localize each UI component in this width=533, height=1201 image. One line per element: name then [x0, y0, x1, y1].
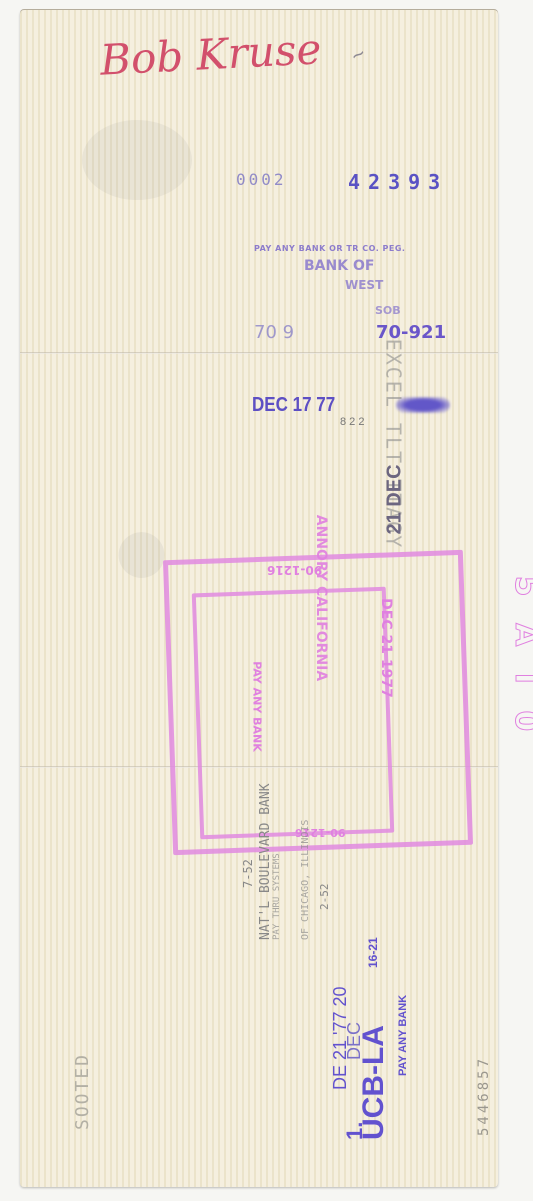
fold-line [20, 352, 498, 354]
routing-faint: 70 9 [254, 322, 294, 343]
faint-left-text: SOOTED [72, 1053, 93, 1130]
dec-mark: 21 DEC [384, 464, 407, 534]
ucb-stamp-num: 16-21 [366, 937, 380, 968]
ucb-stamp-sub: PAY ANY BANK [397, 995, 409, 1076]
bank-stamp-line3: WEST [345, 278, 383, 292]
bank-stamp-line4: SOB [375, 304, 401, 317]
ucb-stamp-mark: 1. [342, 1122, 368, 1140]
bank-endorsement-line2: NAT'L BOULEVARD BANK [258, 783, 273, 940]
bank-endorsement-line3: PAY THRU SYSTEMS [272, 853, 282, 940]
sequence-prefix: 0002 [236, 170, 287, 189]
bank-endorsement-line5: 2-52 [318, 884, 331, 911]
pink-stamp-inner-frame [192, 587, 394, 840]
pink-stamp-bank-name: ANNORY CALIFORNIA [313, 515, 329, 681]
pink-stamp-id: 5 A I 0 [508, 576, 533, 739]
bank-stamp-line2: BANK OF [304, 258, 374, 274]
sequence-number: 42393 [348, 170, 448, 194]
ghost-seal [82, 120, 192, 200]
pink-stamp-pay: PAY ANY BANK [251, 661, 264, 751]
date-stamp: DEC 17 77 [252, 394, 335, 417]
bank-endorsement-line4: OF CHICAGO, ILLINOIS [300, 820, 311, 940]
date-sub: 8 2 2 [340, 416, 364, 428]
pink-stamp-date: DEC 21 1977 [378, 598, 394, 698]
bank-endorsement-line1: 7-52 [241, 859, 255, 888]
faint-right-perforation: 5446857 [476, 1056, 492, 1136]
bank-stamp-line1: PAY ANY BANK OR TR CO. PEG. [254, 244, 405, 253]
